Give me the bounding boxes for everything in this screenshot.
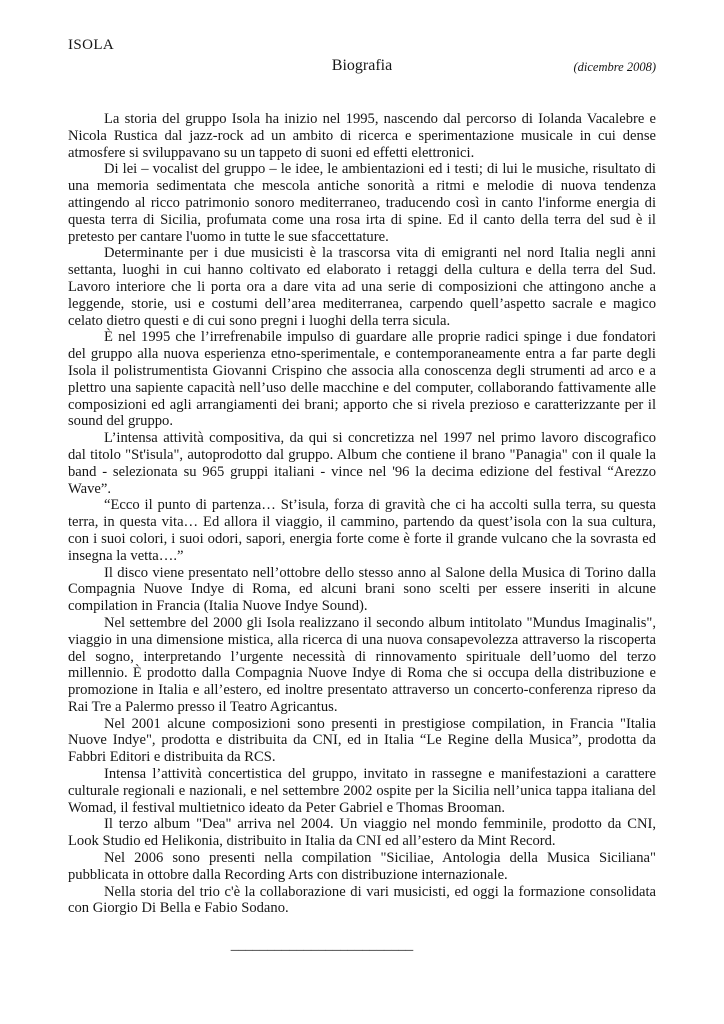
paragraph: “Ecco il punto di partenza… St’isula, fo… (68, 497, 656, 564)
biography-text: La storia del gruppo Isola ha inizio nel… (68, 111, 656, 917)
document-header: ISOLA Biografia (dicembre 2008) (68, 36, 656, 76)
subtitle-row: Biografia (dicembre 2008) (68, 56, 656, 76)
paragraph: L’intensa attività compositiva, da qui s… (68, 430, 656, 497)
paragraph: Nel 2001 alcune composizioni sono presen… (68, 716, 656, 766)
paragraph: Nel 2006 sono presenti nella compilation… (68, 850, 656, 884)
paragraph: Determinante per i due musicisti è la tr… (68, 245, 656, 329)
paragraph: La storia del gruppo Isola ha inizio nel… (68, 111, 656, 161)
paragraph: Di lei – vocalist del gruppo – le idee, … (68, 161, 656, 245)
paragraph: Il disco viene presentato nell’ottobre d… (68, 565, 656, 615)
document-page: ISOLA Biografia (dicembre 2008) La stori… (0, 0, 724, 1024)
paragraph: Il terzo album "Dea" arriva nel 2004. Un… (68, 816, 656, 850)
paragraph: Intensa l’attività concertistica del gru… (68, 766, 656, 816)
paragraph: Nella storia del trio c'è la collaborazi… (68, 884, 656, 918)
paragraph: È nel 1995 che l’irrefrenabile impulso d… (68, 329, 656, 430)
page-title: ISOLA (68, 36, 656, 54)
paragraph: Nel settembre del 2000 gli Isola realizz… (68, 615, 656, 716)
document-subtitle: Biografia (332, 57, 392, 74)
divider-line: _________________________ (28, 937, 616, 954)
document-date: (dicembre 2008) (574, 59, 657, 75)
